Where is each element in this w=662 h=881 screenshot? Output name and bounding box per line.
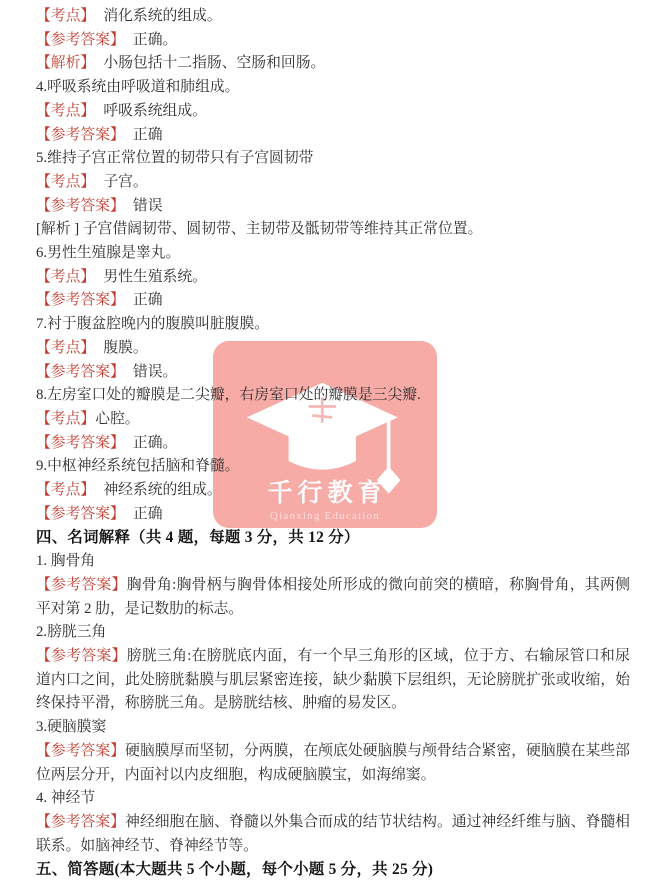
answer-line: 【参考答案】正确 bbox=[36, 289, 630, 313]
answer-paragraph: 【参考答案】膀胱三角:在膀胱底内面，有一个早三角形的区域，位于方、右输尿管口和尿… bbox=[36, 645, 630, 716]
keypoint-line: 【考点】呼吸系统组成。 bbox=[36, 100, 630, 124]
answer-paragraph: 【参考答案】硬脑膜厚而坚韧，分两膜，在颅底处硬脑膜与颅骨结合紧密，硬脑膜在某些部… bbox=[36, 740, 630, 787]
question-line: [解析 ] 子宫借阔韧带、圆韧带、主韧带及骶韧带等维持其正常位置。 bbox=[36, 218, 630, 242]
line-text: 9.中枢神经系统包括脑和脊髓。 bbox=[36, 458, 239, 474]
bracket-label: 【考点】 bbox=[36, 482, 95, 498]
line-text: 正确 bbox=[133, 506, 163, 522]
line-text: 5.维持子宫正常位置的韧带只有子宫圆韧带 bbox=[36, 150, 313, 166]
bracket-label: 【解析】 bbox=[36, 55, 95, 71]
answer-paragraph: 【参考答案】胸骨角:胸骨柄与胸骨体相接处所形成的微向前突的横暗，称胸骨角，其两侧… bbox=[36, 574, 630, 621]
bracket-label: 【参考答案】 bbox=[36, 506, 125, 522]
line-text: 4. 神经节 bbox=[36, 790, 95, 806]
keypoint-line: 【考点】腹膜。 bbox=[36, 337, 630, 361]
line-text: 7.衬于腹盆腔晚内的腹膜叫脏腹膜。 bbox=[36, 316, 269, 332]
bracket-label: 【参考答案】 bbox=[36, 814, 125, 830]
bracket-label: 【考点】 bbox=[36, 103, 95, 119]
bracket-label: 【参考答案】 bbox=[36, 292, 125, 308]
answer-line: 【参考答案】错误 bbox=[36, 195, 630, 219]
keypoint-line: 【考点】子宫。 bbox=[36, 171, 630, 195]
line-text: 2.膀胱三角 bbox=[36, 624, 106, 640]
line-text: 神经细胞在脑、脊髓以外集合而成的结节状结构。通过神经纤维与脑、脊髓相联系。如脑神… bbox=[36, 814, 630, 854]
line-text: 四、名词解释（共 4 题，每题 3 分，共 12 分） bbox=[36, 529, 360, 546]
question-line: 6.男性生殖腺是睾丸。 bbox=[36, 242, 630, 266]
line-text: 硬脑膜厚而坚韧，分两膜，在颅底处硬脑膜与颅骨结合紧密，硬脑膜在某些部位两层分开，… bbox=[36, 743, 630, 783]
section-heading: 四、名词解释（共 4 题，每题 3 分，共 12 分） bbox=[36, 526, 630, 550]
line-text: 错误 bbox=[133, 198, 163, 214]
question-line: 3.硬脑膜窦 bbox=[36, 716, 630, 740]
line-text: 错误。 bbox=[133, 364, 177, 380]
answer-line: 【参考答案】正确 bbox=[36, 124, 630, 148]
line-text: 1. 胸骨角 bbox=[36, 553, 95, 569]
question-line: 4. 神经节 bbox=[36, 787, 630, 811]
line-text: 五、简答题(本大题共 5 个小题，每个小题 5 分，共 25 分) bbox=[36, 861, 433, 878]
question-line: 1. 胸骨角 bbox=[36, 550, 630, 574]
bracket-label: 【参考答案】 bbox=[36, 435, 125, 451]
answer-line: 【参考答案】错误。 bbox=[36, 361, 630, 385]
answer-paragraph: 【参考答案】神经细胞在脑、脊髓以外集合而成的结节状结构。通过神经纤维与脑、脊髓相… bbox=[36, 811, 630, 858]
line-text: 正确。 bbox=[133, 32, 177, 48]
keypoint-line: 【考点】心腔。 bbox=[36, 408, 630, 432]
bracket-label: 【考点】 bbox=[36, 411, 95, 427]
question-line: 2.膀胱三角 bbox=[36, 621, 630, 645]
line-text: 心腔。 bbox=[95, 411, 139, 427]
line-text: 6.男性生殖腺是睾丸。 bbox=[36, 245, 180, 261]
keypoint-line: 【考点】消化系统的组成。 bbox=[36, 5, 630, 29]
bracket-label: 【参考答案】 bbox=[36, 648, 127, 664]
bracket-label: 【考点】 bbox=[36, 269, 95, 285]
bracket-label: 【考点】 bbox=[36, 8, 95, 24]
line-text: 3.硬脑膜窦 bbox=[36, 719, 106, 735]
line-text: 4.呼吸系统由呼吸道和肺组成。 bbox=[36, 79, 239, 95]
answer-line: 【参考答案】正确。 bbox=[36, 29, 630, 53]
line-text: 正确。 bbox=[133, 435, 177, 451]
bracket-label: 【参考答案】 bbox=[36, 198, 125, 214]
line-text: 男性生殖系统。 bbox=[103, 269, 207, 285]
line-text: 正确 bbox=[133, 127, 163, 143]
line-text: 8.左房室口处的瓣膜是二尖瓣，右房室口处的瓣膜是三尖瓣. bbox=[36, 387, 421, 403]
bracket-label: 【考点】 bbox=[36, 340, 95, 356]
line-text: [解析 ] 子宫借阔韧带、圆韧带、主韧带及骶韧带等维持其正常位置。 bbox=[36, 221, 482, 237]
question-line: 9.中枢神经系统包括脑和脊髓。 bbox=[36, 455, 630, 479]
line-text: 消化系统的组成。 bbox=[103, 8, 221, 24]
bracket-label: 【参考答案】 bbox=[36, 577, 127, 593]
answer-line: 【参考答案】正确 bbox=[36, 503, 630, 527]
bracket-label: 【考点】 bbox=[36, 174, 95, 190]
answer-line: 【参考答案】正确。 bbox=[36, 432, 630, 456]
bracket-label: 【参考答案】 bbox=[36, 743, 125, 759]
bracket-label: 【参考答案】 bbox=[36, 32, 125, 48]
keypoint-line: 【考点】神经系统的组成。 bbox=[36, 479, 630, 503]
line-text: 小肠包括十二指肠、空肠和回肠。 bbox=[103, 55, 325, 71]
line-text: 呼吸系统组成。 bbox=[103, 103, 207, 119]
document-body: 【考点】消化系统的组成。【参考答案】正确。【解析】小肠包括十二指肠、空肠和回肠。… bbox=[36, 5, 630, 881]
keypoint-line: 【考点】男性生殖系统。 bbox=[36, 266, 630, 290]
section-heading: 五、简答题(本大题共 5 个小题，每个小题 5 分，共 25 分) bbox=[36, 858, 630, 881]
bracket-label: 【参考答案】 bbox=[36, 364, 125, 380]
line-text: 神经系统的组成。 bbox=[103, 482, 221, 498]
question-line: 5.维持子宫正常位置的韧带只有子宫圆韧带 bbox=[36, 147, 630, 171]
line-text: 腹膜。 bbox=[103, 340, 147, 356]
line-text: 正确 bbox=[133, 292, 163, 308]
question-line: 4.呼吸系统由呼吸道和肺组成。 bbox=[36, 76, 630, 100]
analysis-line: 【解析】小肠包括十二指肠、空肠和回肠。 bbox=[36, 52, 630, 76]
line-text: 子宫。 bbox=[103, 174, 147, 190]
bracket-label: 【参考答案】 bbox=[36, 127, 125, 143]
question-line: 8.左房室口处的瓣膜是二尖瓣，右房室口处的瓣膜是三尖瓣. bbox=[36, 384, 630, 408]
question-line: 7.衬于腹盆腔晚内的腹膜叫脏腹膜。 bbox=[36, 313, 630, 337]
